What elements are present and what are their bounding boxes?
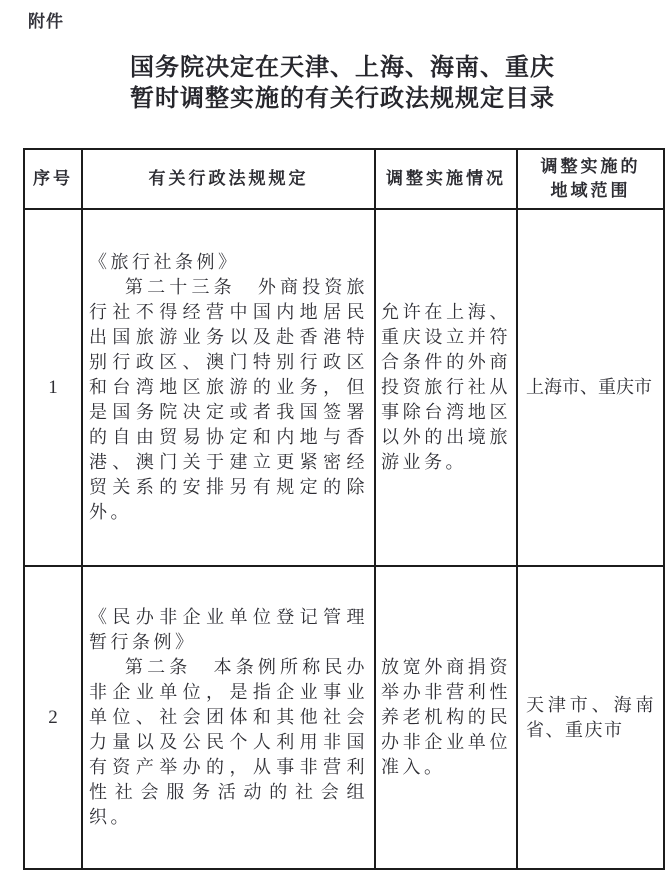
header-serial-number: 序号	[24, 149, 82, 209]
document-title: 国务院决定在天津、上海、海南、重庆 暂时调整实施的有关行政法规规定目录	[22, 53, 663, 115]
header-region-line2: 地域范围	[551, 181, 631, 200]
adjustment-cell: 放宽外商捐资举办非营利性养老机构的民办非企业单位准入。	[375, 566, 517, 869]
table-row-2: 2 《民办非企业单位登记管理暂行条例》 第二条 本条例所称民办非企业单位，是指企…	[24, 566, 664, 869]
serial-number-cell: 1	[24, 209, 82, 566]
attachment-label: 附件	[28, 7, 64, 32]
serial-number-cell: 2	[24, 566, 82, 869]
table-row-1: 1 《旅行社条例》 第二十三条 外商投资旅行社不得经营中国内地居民出国旅游业务以…	[24, 209, 664, 566]
region-cell: 上海市、重庆市	[517, 209, 664, 566]
regulation-cell: 《旅行社条例》 第二十三条 外商投资旅行社不得经营中国内地居民出国旅游业务以及赴…	[82, 209, 375, 566]
header-region: 调整实施的 地域范围	[517, 149, 664, 209]
regulation-cell: 《民办非企业单位登记管理暂行条例》 第二条 本条例所称民办非企业单位，是指企业事…	[82, 566, 375, 869]
regulation-title: 《旅行社条例》	[89, 250, 368, 275]
table-header-row: 序号 有关行政法规规定 调整实施情况 调整实施的 地域范围	[24, 149, 664, 209]
regulation-title: 《民办非企业单位登记管理暂行条例》	[89, 605, 368, 655]
header-regulation: 有关行政法规规定	[82, 149, 375, 209]
document-title-line2: 暂时调整实施的有关行政法规规定目录	[130, 86, 555, 112]
document-title-line1: 国务院决定在天津、上海、海南、重庆	[130, 55, 555, 81]
adjustment-cell: 允许在上海、重庆设立并符合条件的外商投资旅行社从事除台湾地区以外的出境旅游业务。	[375, 209, 517, 566]
regulation-body: 第二条 本条例所称民办非企业单位，是指企业事业单位、社会团体和其他社会力量以及公…	[89, 655, 368, 830]
document-page: 附件 国务院决定在天津、上海、海南、重庆 暂时调整实施的有关行政法规规定目录 序…	[0, 0, 672, 879]
regulations-table: 序号 有关行政法规规定 调整实施情况 调整实施的 地域范围 1 《旅行社条例》 …	[23, 148, 665, 870]
regulation-body: 第二十三条 外商投资旅行社不得经营中国内地居民出国旅游业务以及赴香港特别行政区、…	[89, 275, 368, 525]
header-adjustment: 调整实施情况	[375, 149, 517, 209]
region-cell: 天津市、海南省、重庆市	[517, 566, 664, 869]
header-region-line1: 调整实施的	[541, 157, 641, 176]
